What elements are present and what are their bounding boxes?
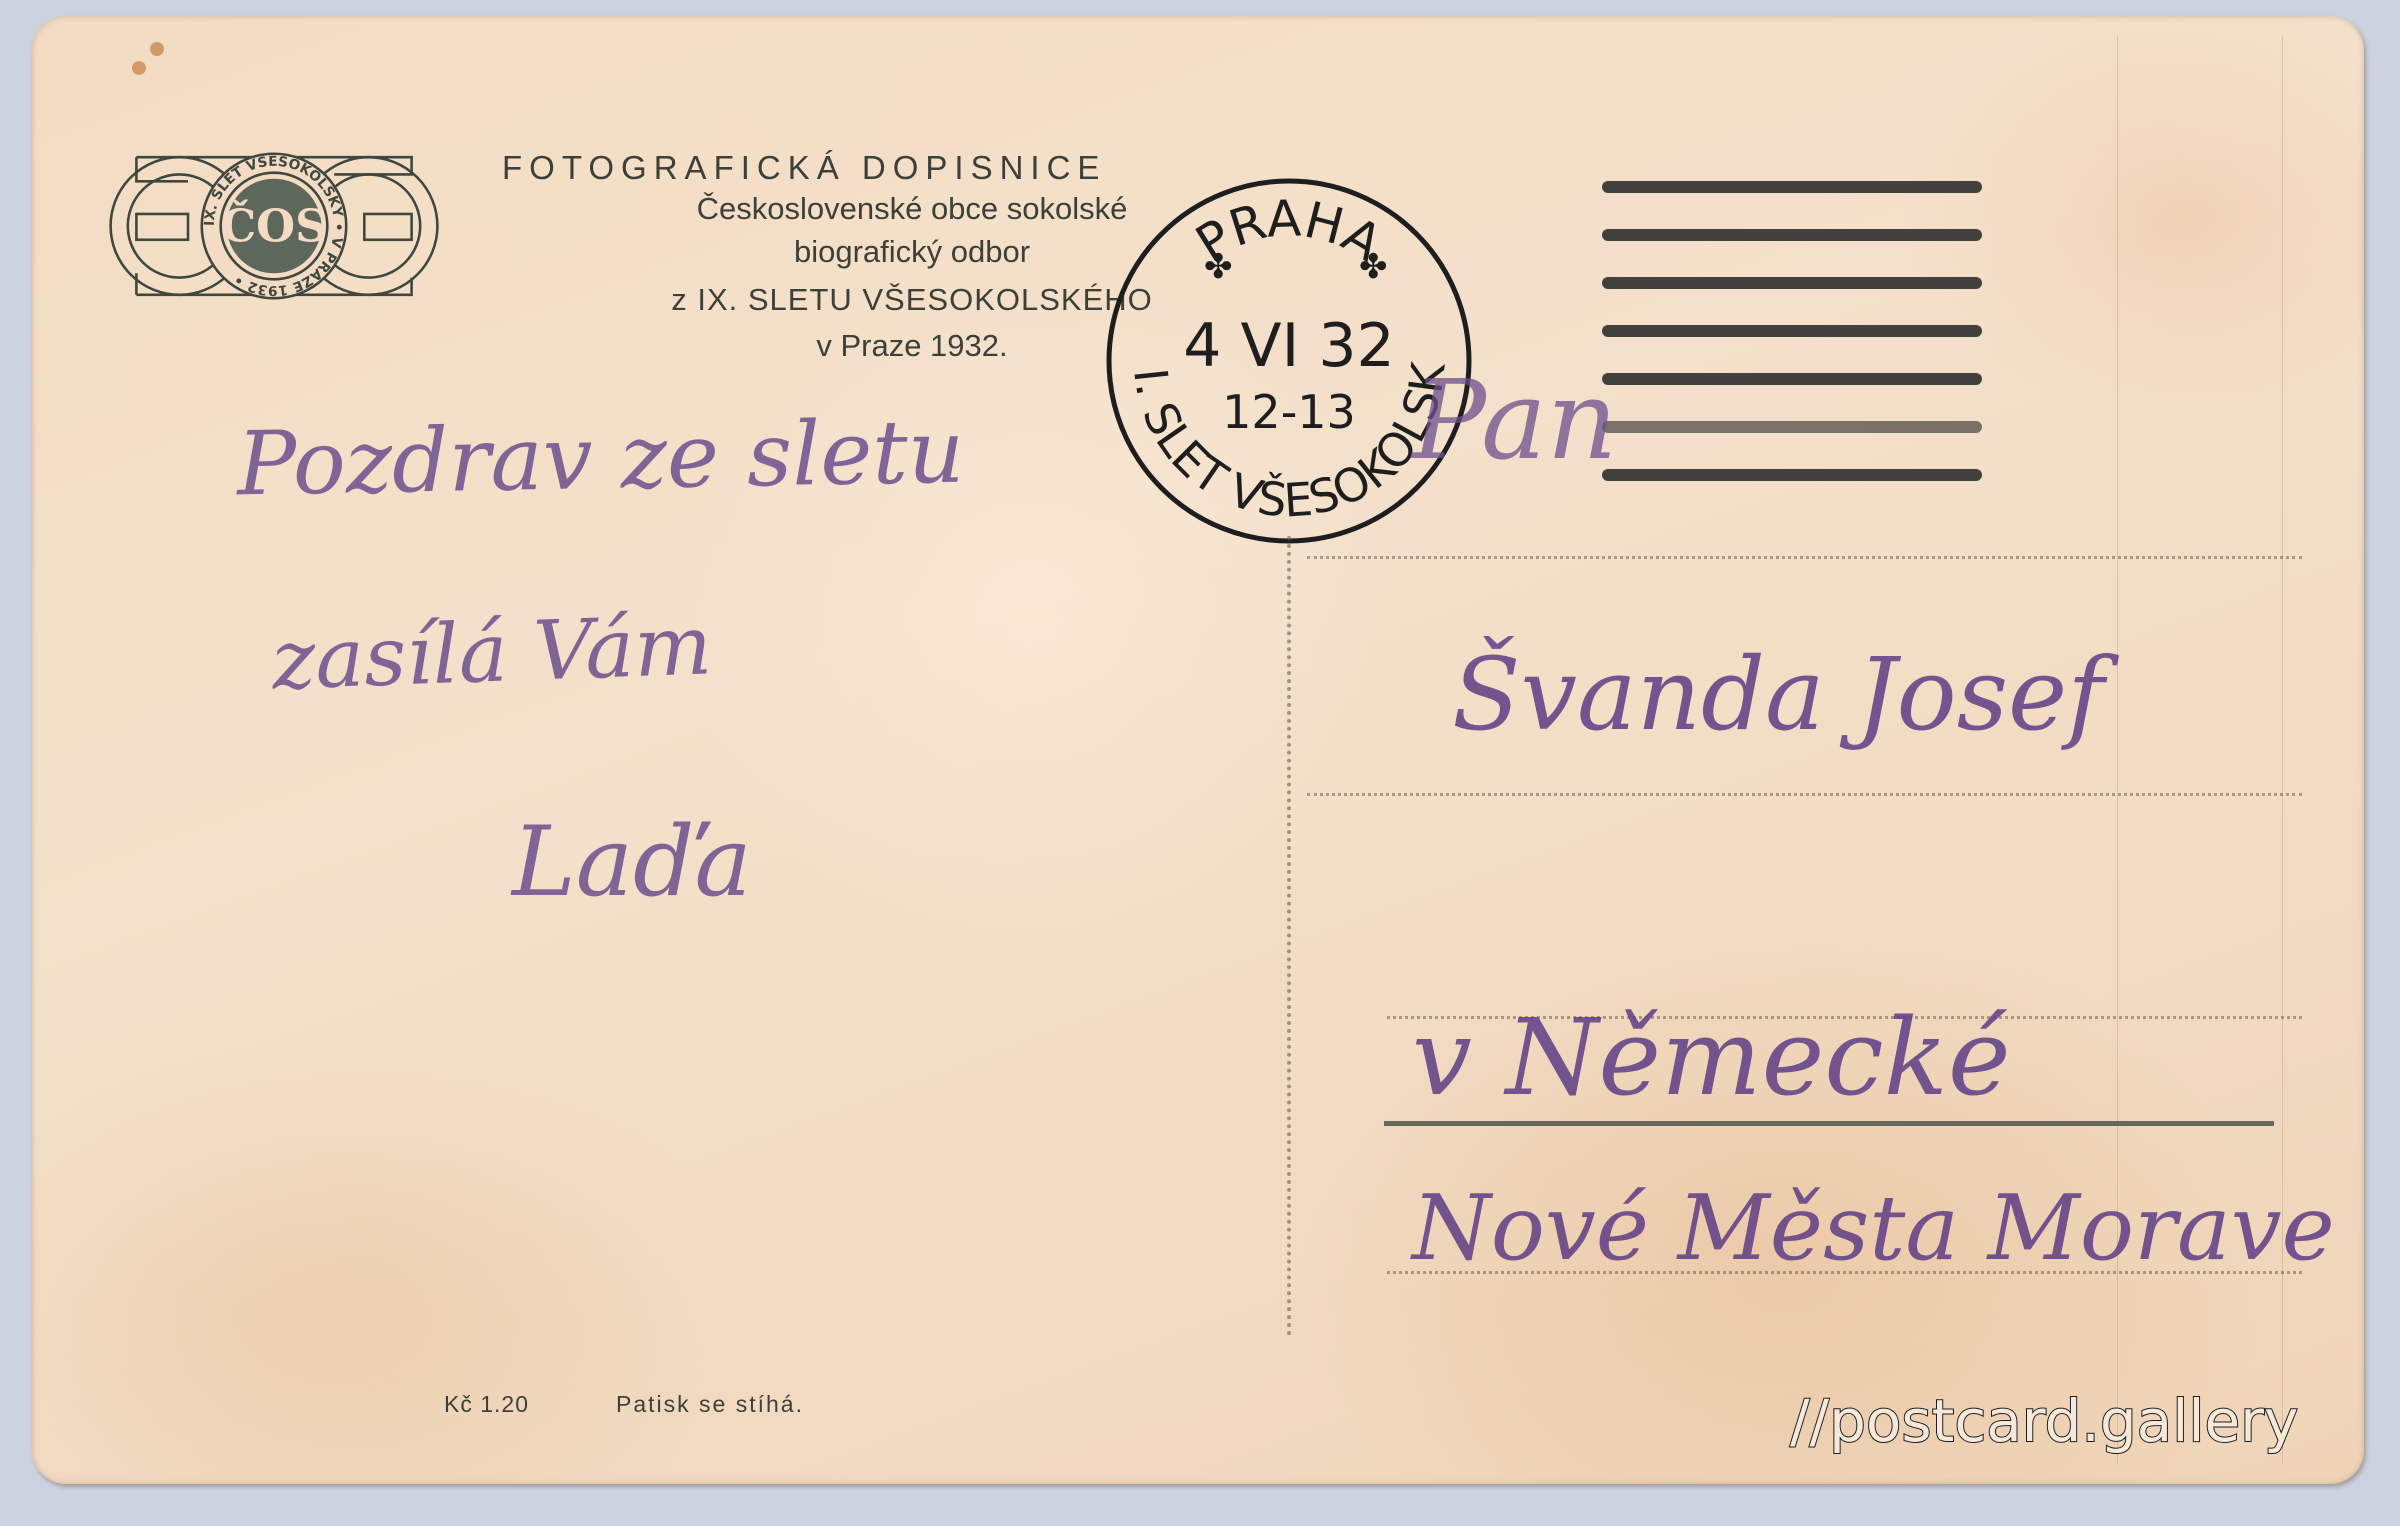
postcard-back: ČOS IX. SLET VŠESOKOLSKÝ • V PRAZE 1932 … <box>32 16 2364 1484</box>
cancellation-bars <box>1602 181 1982 517</box>
svg-text:✤: ✤ <box>1204 248 1233 286</box>
address-line-2 <box>1307 793 2302 796</box>
message-signature: Laďa <box>512 806 752 918</box>
cancel-bar <box>1602 229 1982 241</box>
recipient-town: v Německé <box>1412 996 2011 1119</box>
price-label: Kč 1.20 <box>444 1391 529 1418</box>
sokol-slet-logo: ČOS IX. SLET VŠESOKOLSKÝ • V PRAZE 1932 … <box>108 140 440 312</box>
svg-text:ČOS: ČOS <box>221 199 328 252</box>
cancel-bar <box>1602 277 1982 289</box>
svg-text:4 VI 32: 4 VI 32 <box>1183 311 1394 381</box>
foxing-spot <box>132 61 146 75</box>
foxing-spot <box>150 42 164 56</box>
cancel-bar <box>1602 469 1982 481</box>
svg-text:12-13: 12-13 <box>1222 385 1356 439</box>
site-watermark: //postcard.gallery <box>1790 1387 2298 1455</box>
address-underline <box>1384 1121 2274 1126</box>
message-line-2: zasílá Vám <box>270 598 713 708</box>
address-line-1 <box>1307 556 2302 559</box>
cancel-bar <box>1602 421 1982 433</box>
svg-text:✤: ✤ <box>1359 248 1388 286</box>
cancel-bar <box>1602 325 1982 337</box>
recipient-region: Nové Města Morave <box>1412 1176 2335 1281</box>
cancel-bar <box>1602 181 1982 193</box>
address-salutation: Pan <box>1412 356 1618 484</box>
message-line-1: Pozdrav ze sletu <box>236 400 965 516</box>
cos-emblem-icon: ČOS IX. SLET VŠESOKOLSKÝ • V PRAZE 1932 … <box>108 140 440 312</box>
recipient-name: Švanda Josef <box>1452 636 2104 753</box>
message-address-divider <box>1287 536 1291 1336</box>
reprint-notice: Patisk se stíhá. <box>616 1391 804 1418</box>
cancel-bar <box>1602 373 1982 385</box>
